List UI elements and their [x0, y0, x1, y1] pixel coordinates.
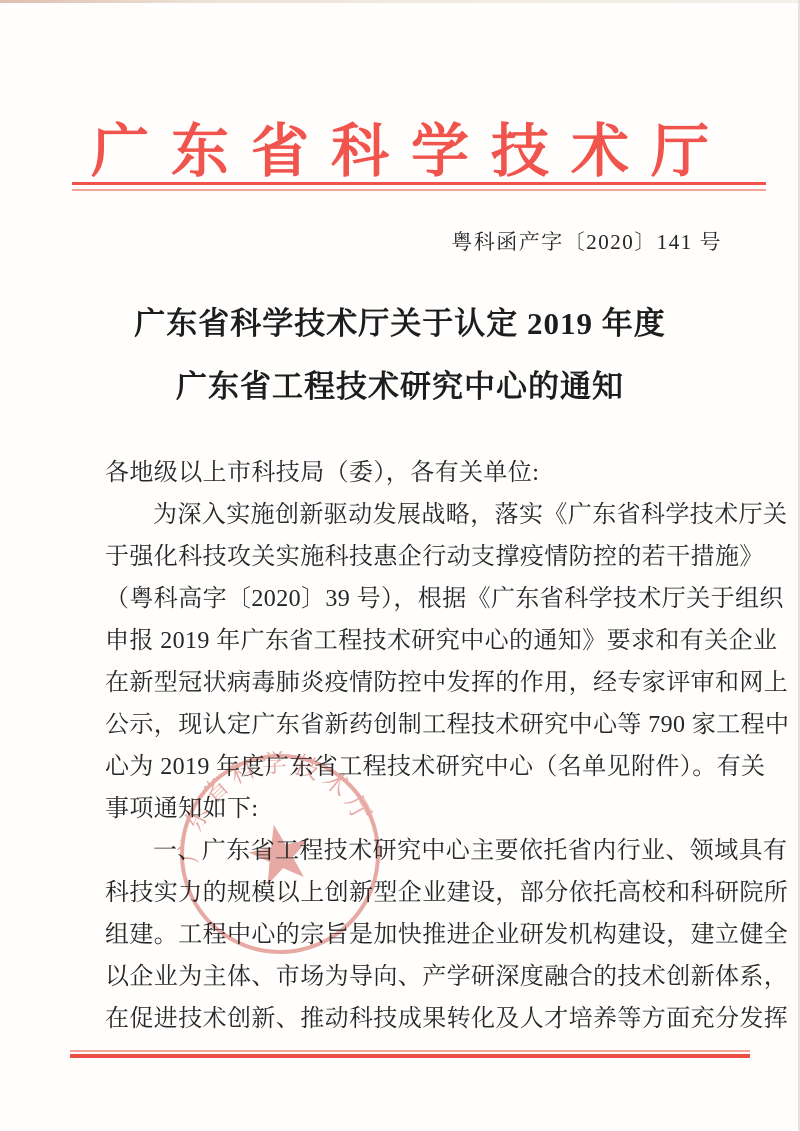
document-title-line2: 广东省工程技术研究中心的通知	[0, 355, 800, 418]
scan-top-edge-artifact	[0, 0, 800, 3]
body-line: 于强化科技攻关实施科技惠企行动支撑疫情防控的若干措施》	[105, 536, 753, 578]
body-line: 以企业为主体、市场为导向、产学研深度融合的技术创新体系，	[105, 956, 753, 998]
footer-rule-thin	[70, 1050, 750, 1052]
body-line: 公示，现认定广东省新药创制工程技术研究中心等 790 家工程中	[105, 704, 753, 746]
body-line: 组建。工程中心的宗旨是加快推进企业研发机构建设，建立健全	[105, 914, 753, 956]
body-line: 科技实力的规模以上创新型企业建设，部分依托高校和科研院所	[105, 872, 753, 914]
body-line: （粤科高字〔2020〕39 号），根据《广东省科学技术厅关于组织	[105, 578, 753, 620]
letterhead-rule-thick	[72, 182, 766, 185]
body-line: 为深入实施创新驱动发展战略，落实《广东省科学技术厅关	[105, 494, 753, 536]
body-line: 在新型冠状病毒肺炎疫情防控中发挥的作用，经专家评审和网上	[105, 662, 753, 704]
body-line: 在促进技术创新、推动科技成果转化及人才培养等方面充分发挥	[105, 998, 753, 1040]
scanned-document-page: 广东省科学技术厅 粤科函产字〔2020〕141 号 广东省科学技术厅关于认定 2…	[0, 0, 800, 1131]
body-line: 申报 2019 年广东省工程技术研究中心的通知》要求和有关企业	[105, 620, 753, 662]
body-line: 心为 2019 年度广东省工程技术研究中心（名单见附件）。有关	[105, 746, 753, 788]
body-line: 一、广东省工程技术研究中心主要依托省内行业、领域具有	[105, 830, 753, 872]
salutation-line: 各地级以上市科技局（委），各有关单位:	[105, 452, 753, 494]
letterhead-rule-thin	[72, 189, 766, 191]
document-title-line1: 广东省科学技术厅关于认定 2019 年度	[0, 292, 800, 355]
document-title: 广东省科学技术厅关于认定 2019 年度 广东省工程技术研究中心的通知	[0, 292, 800, 418]
footer-rule-thick	[70, 1054, 750, 1058]
document-reference-number: 粤科函产字〔2020〕141 号	[451, 226, 722, 256]
letterhead-agency-name: 广东省科学技术厅	[0, 104, 800, 188]
body-line: 事项通知如下:	[105, 788, 753, 830]
document-body: 各地级以上市科技局（委），各有关单位: 为深入实施创新驱动发展战略，落实《广东省…	[105, 452, 753, 1040]
